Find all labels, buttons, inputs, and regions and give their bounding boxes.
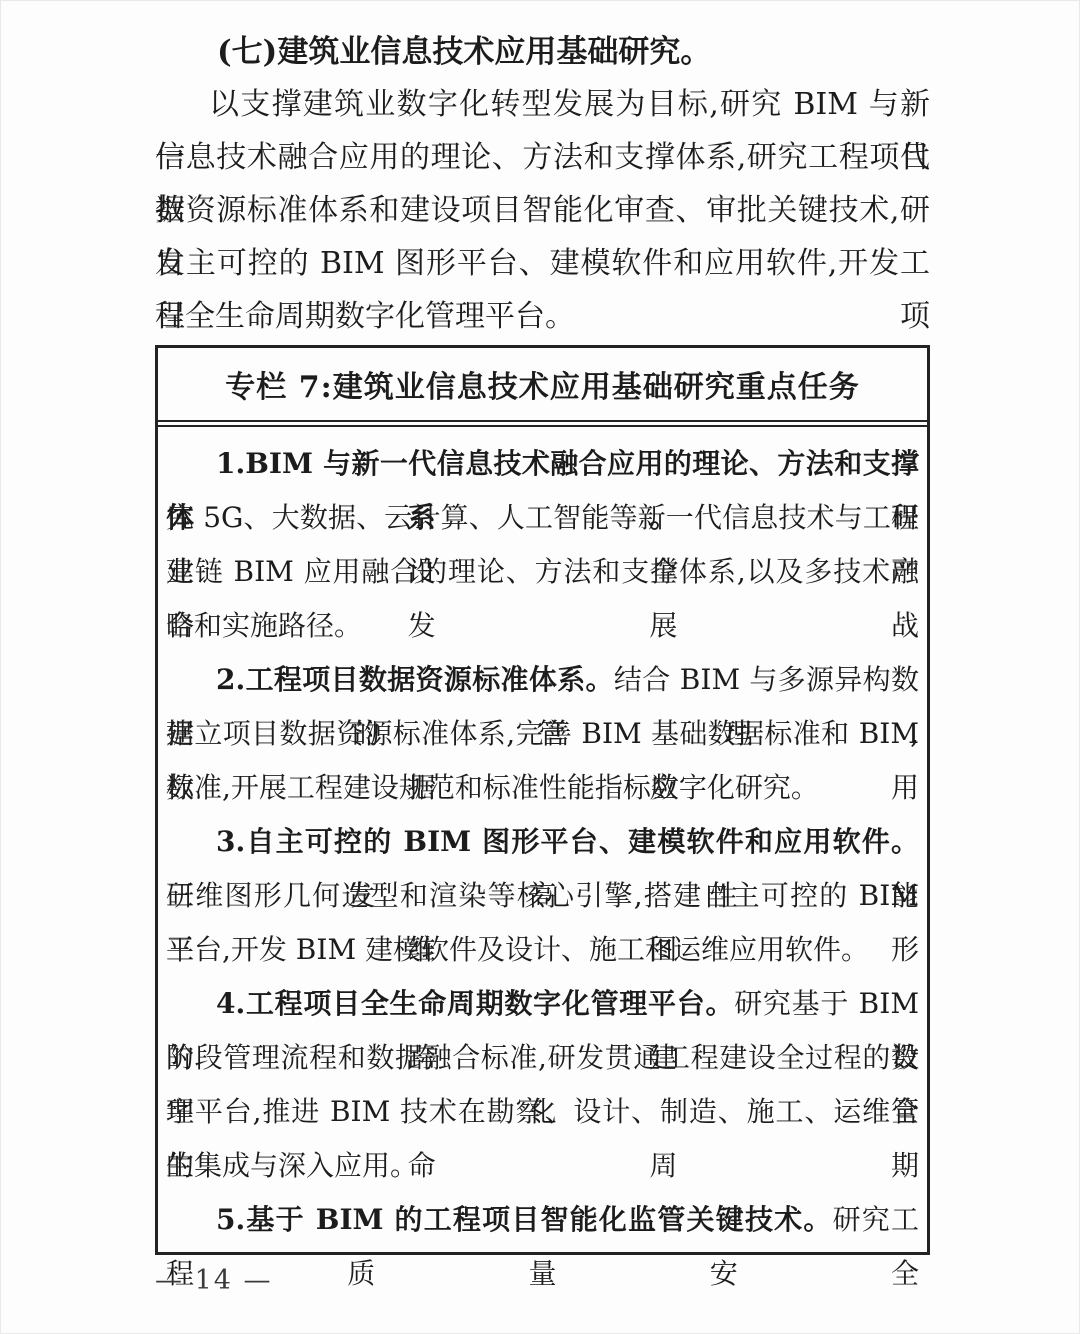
section-heading: (七)建筑业信息技术应用基础研究。 xyxy=(155,26,930,78)
text-line: 平台,开发 BIM 建模软件及设计、施工和运维应用软件。 xyxy=(166,923,919,977)
text-line: 据资源标准体系和建设项目智能化审查、审批关键技术,研发 xyxy=(155,184,930,237)
text-line: 究 5G、大数据、云计算、人工智能等新一代信息技术与工程建设全产 xyxy=(166,491,919,545)
column-7-panel: 专栏 7:建筑业信息技术应用基础研究重点任务 1.BIM 与新一代信息技术融合应… xyxy=(155,345,930,1255)
panel-header: 专栏 7:建筑业信息技术应用基础研究重点任务 xyxy=(158,348,927,422)
text-line: 标准,开展工程建设规范和标准性能指标数字化研究。 xyxy=(166,761,919,815)
text-line: 理平台,推进 BIM 技术在勘察、设计、制造、施工、运维全生命周期 xyxy=(166,1085,919,1139)
document-page: (七)建筑业信息技术应用基础研究。 以支撑建筑业数字化转型发展为目标,研究 BI… xyxy=(0,0,1080,1334)
text-line: 以支撑建筑业数字化转型发展为目标,研究 BIM 与新一代 xyxy=(155,78,930,131)
text-line: 信息技术融合应用的理论、方法和支撑体系,研究工程项目数 xyxy=(155,131,930,184)
bold-text-segment: 2.工程项目数据资源标准体系。 xyxy=(216,663,614,696)
text-line: 4.工程项目全生命周期数字化管理平台。研究基于 BIM 的跨建设 xyxy=(166,977,919,1031)
text-segment: 标准,开展工程建设规范和标准性能指标数字化研究。 xyxy=(166,771,819,804)
panel-item: 5.基于 BIM 的工程项目智能化监管关键技术。研究工程质量安全 xyxy=(166,1193,919,1247)
text-segment: 略和实施路径。 xyxy=(166,609,362,642)
panel-item: 2.工程项目数据资源标准体系。结合 BIM 与多源异构数据的管理,建立项目数据资… xyxy=(166,653,919,815)
panel-item: 3.自主可控的 BIM 图形平台、建模软件和应用软件。研发高性能三维图形几何造型… xyxy=(166,815,919,977)
bold-text-segment: 5.基于 BIM 的工程项目智能化监管关键技术。 xyxy=(216,1203,833,1236)
panel-item: 1.BIM 与新一代信息技术融合应用的理论、方法和支撑体系。研究 5G、大数据、… xyxy=(166,437,919,653)
text-line: 建立项目数据资源标准体系,完善 BIM 基础数据标准和 BIM 数据应用 xyxy=(166,707,919,761)
panel-item: 4.工程项目全生命周期数字化管理平台。研究基于 BIM 的跨建设阶段管理流程和数… xyxy=(166,977,919,1193)
text-line: 三维图形几何造型和渲染等核心引擎,搭建自主可控的 BIM 三维图形 xyxy=(166,869,919,923)
bold-text-segment: 4.工程项目全生命周期数字化管理平台。 xyxy=(216,987,734,1020)
text-segment: 的集成与深入应用。 xyxy=(166,1149,418,1182)
text-segment: 目全生命周期数字化管理平台。 xyxy=(155,299,575,334)
text-line: 2.工程项目数据资源标准体系。结合 BIM 与多源异构数据的管理, xyxy=(166,653,919,707)
text-line: 1.BIM 与新一代信息技术融合应用的理论、方法和支撑体系。研 xyxy=(166,437,919,491)
text-line: 自主可控的 BIM 图形平台、建模软件和应用软件,开发工程项 xyxy=(155,237,930,290)
panel-title: 专栏 7:建筑业信息技术应用基础研究重点任务 xyxy=(225,362,859,406)
text-line: 5.基于 BIM 的工程项目智能化监管关键技术。研究工程质量安全 xyxy=(166,1193,919,1247)
panel-body: 1.BIM 与新一代信息技术融合应用的理论、方法和支撑体系。研究 5G、大数据、… xyxy=(158,425,927,1252)
text-line: 业链 BIM 应用融合的理论、方法和支撑体系,以及多技术融合发展战 xyxy=(166,545,919,599)
text-line: 3.自主可控的 BIM 图形平台、建模软件和应用软件。研发高性能 xyxy=(166,815,919,869)
text-segment: 平台,开发 BIM 建模软件及设计、施工和运维应用软件。 xyxy=(166,933,869,966)
bold-text-segment: 3.自主可控的 BIM 图形平台、建模软件和应用软件。 xyxy=(216,825,919,858)
intro-paragraph: 以支撑建筑业数字化转型发展为目标,研究 BIM 与新一代信息技术融合应用的理论、… xyxy=(155,78,930,343)
text-line: 阶段管理流程和数据融合标准,研发贯通工程建设全过程的数字化管 xyxy=(166,1031,919,1085)
